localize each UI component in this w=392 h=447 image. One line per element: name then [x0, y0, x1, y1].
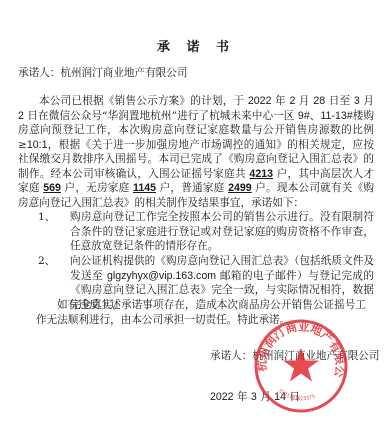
document-title: 承 诺 书	[0, 36, 392, 55]
ordinary-households: 2499	[228, 182, 252, 194]
signature-line: 承诺人：杭州润汀商业地产有限公司	[210, 349, 380, 363]
total-households: 4213	[249, 168, 273, 180]
item-text: 购房意向登记工作完全按照本公司的销售公示进行。没有限制符合条件的登记家庭进行登记…	[70, 210, 374, 254]
talent-households: 569	[43, 182, 61, 194]
promise-item-1: 1、 购房意向登记工作完全按照本公司的销售公示进行。没有限制符合条件的登记家庭进…	[18, 210, 374, 254]
signing-date: 2022 年 3 月 14 日	[210, 390, 300, 404]
no-house-households: 1145	[133, 182, 156, 194]
closing-paragraph: 如有违反上述承诺事项存在，造成本次商品房公开销售公证摇号工作无法顺利进行，由本公…	[36, 298, 366, 327]
item-number: 2、	[38, 254, 55, 269]
email-address: glgzyhyx@vip.163.com	[107, 270, 216, 282]
intro-paragraph: 本公司已根据《销售公示方案》的计划，于 2022 年 2 月 28 日至 3 月…	[18, 94, 374, 210]
promisor-line: 承诺人：杭州润汀商业地产有限公司	[18, 66, 188, 80]
item-number: 1、	[38, 210, 55, 225]
